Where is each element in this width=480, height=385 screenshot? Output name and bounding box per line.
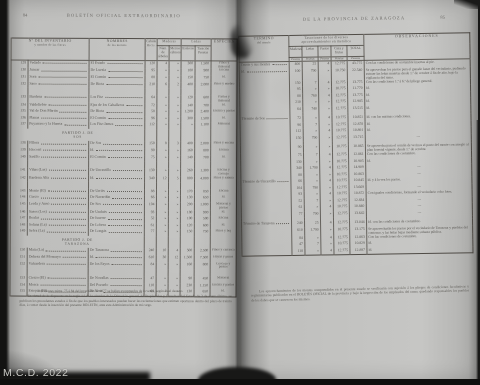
cell [194, 236, 210, 248]
cell: De los Fayos [88, 261, 144, 269]
cell: Id. [367, 246, 473, 255]
cell: 10.775 [332, 144, 348, 152]
cell: » [168, 202, 180, 210]
cell: 10.750 [331, 68, 347, 80]
cell: Vedado [28, 60, 89, 69]
cell: 4 [321, 248, 334, 255]
cell: » [169, 95, 181, 103]
cell: De Sos [88, 202, 144, 210]
photo-bottom-edge [0, 379, 480, 385]
cell: El Estado [89, 60, 145, 69]
section-header: PARTIDO J. DESOS [11, 129, 145, 142]
left-footnote: Los montes núms. 75 á 84 del inventario … [20, 289, 232, 307]
cell: 260 [181, 168, 195, 176]
cell [157, 129, 169, 141]
left-running-title: BOLETÍN OFICIAL EXTRAORDINARIO [9, 12, 239, 18]
left-footnote-note: Los montes núms. 75 á 84 del inventario … [20, 289, 232, 293]
cell: 600 [195, 95, 211, 103]
right-page: DE LA PROVINCIA DE ZARAGOZA 85 TÉRMINO d… [237, 0, 477, 383]
header-sub-total: TOTAL [347, 45, 364, 56]
cell: » [157, 168, 169, 176]
cell: » [303, 145, 319, 153]
header-tasacion: Tasación Pesetas [195, 46, 211, 61]
cell: » [318, 68, 331, 80]
cell: 12.897 [350, 247, 367, 254]
cell: 104 [144, 202, 156, 210]
cell: 100 [289, 68, 302, 80]
cell: 200 [180, 202, 194, 210]
left-table-body: 129VedadoEl Estado1204»3001.500Pinos y m… [10, 60, 237, 297]
cell [168, 236, 180, 248]
left-footnote-paragraph: En virtud de lo dispuesto en la regla 1.… [20, 294, 232, 307]
cell: » [321, 227, 334, 235]
cell: Los Fitz [89, 95, 145, 103]
section-header: PARTIDO J. DETARAZONA [10, 236, 144, 249]
cell: » [156, 202, 168, 210]
cell: 10.865 [348, 144, 365, 152]
cell: 800 [194, 262, 210, 270]
header-estereos: Estéreos [181, 46, 195, 61]
cell: 300 [181, 60, 195, 68]
header-observaciones: OBSERVACIONES [364, 33, 470, 61]
cell: De Uncastillo [89, 168, 145, 176]
right-running-title: DE LA PROVINCIA DE ZARAGOZA [237, 14, 471, 22]
cell: 84 [144, 262, 156, 270]
header-cabida: Cabida Hects. [145, 39, 157, 61]
cell: 12.775 [334, 248, 350, 255]
cell: 1.300 [195, 168, 211, 176]
cell: 64 [145, 95, 157, 103]
header-metros-cubicos: Metros cúbicos [169, 46, 181, 61]
cell: » [169, 168, 181, 176]
cell: 4 [157, 60, 169, 68]
cell: 1.790 [305, 227, 321, 235]
cell [181, 129, 195, 141]
cell: » [169, 60, 181, 68]
cell [180, 236, 194, 248]
right-page-number: 85 [440, 15, 445, 20]
cell: 610 [292, 227, 305, 235]
cell: 10.775 [334, 227, 350, 235]
right-footnote-paragraph: Los aprovechamientos de los montes compr… [251, 284, 469, 302]
cell: 130 [145, 168, 157, 176]
right-table-header: TÉRMINO del monte Tasaciones de los dive… [239, 33, 470, 62]
cell: 22.540 [347, 67, 364, 79]
header-sub-frutos: Caza y frutos [331, 45, 347, 56]
photo-right-edge [476, 120, 480, 385]
cell: 13.175 [350, 226, 367, 234]
cell: » [157, 95, 169, 103]
cell: 120 [181, 95, 195, 103]
header-num-arboles: Núm. de árboles [157, 46, 169, 61]
cell: 145 [10, 201, 27, 209]
cell [144, 236, 156, 248]
header-inventario: Nº DEL INVENTARIO y nombre de las fincas [11, 38, 89, 60]
right-footnote: Los aprovechamientos de los montes compr… [251, 284, 469, 302]
cell: 90 [290, 145, 303, 153]
left-table: Nº DEL INVENTARIO y nombre de las fincas… [10, 38, 238, 298]
header-sub-lenas: Leñas [302, 46, 318, 57]
cell: 790 [302, 68, 318, 80]
scanned-book-photo: 84 BOLETÍN OFICIAL EXTRAORDINARIO Nº DEL… [0, 0, 480, 385]
cell: 118 [292, 248, 305, 255]
gutter-top-shadow [231, 24, 253, 58]
cell [145, 129, 157, 141]
cell [195, 129, 211, 141]
cell: » [319, 144, 332, 152]
cell: 120 [145, 60, 157, 68]
cell: 129 [11, 60, 28, 68]
cell: » [156, 262, 168, 270]
header-nombres: NOMBRES de los montes [89, 38, 145, 60]
cell: 141 [11, 167, 28, 175]
left-page: 84 BOLETÍN OFICIAL EXTRAORDINARIO Nº DEL… [7, 0, 239, 381]
cell [169, 129, 181, 141]
header-sub-maderas: Maderas [289, 46, 302, 57]
photo-left-edge [0, 0, 10, 385]
cell: 133 [11, 94, 28, 102]
left-table-header: Nº DEL INVENTARIO y nombre de las fincas… [11, 38, 237, 61]
right-table: TÉRMINO del monte Tasaciones de los dive… [238, 32, 473, 256]
cell: 1.500 [195, 60, 211, 68]
section-header-row: PARTIDO J. DESOS [11, 129, 237, 142]
right-table-body: Tauste y sus montes40025412.77543.775Con… [239, 59, 473, 256]
cell: 1.000 [194, 202, 210, 210]
section-header-row: PARTIDO J. DETARAZONA [10, 236, 236, 249]
watermark-text: M.C.D. 2022 [3, 367, 69, 379]
cell: 160 [180, 262, 194, 270]
photo-top-right-corner [454, 0, 480, 9]
cell: » [305, 248, 321, 255]
header-sub-pastos: Pastos [318, 46, 331, 57]
cell: » [168, 262, 180, 270]
cell [156, 236, 168, 248]
cell: 152 [10, 261, 27, 269]
